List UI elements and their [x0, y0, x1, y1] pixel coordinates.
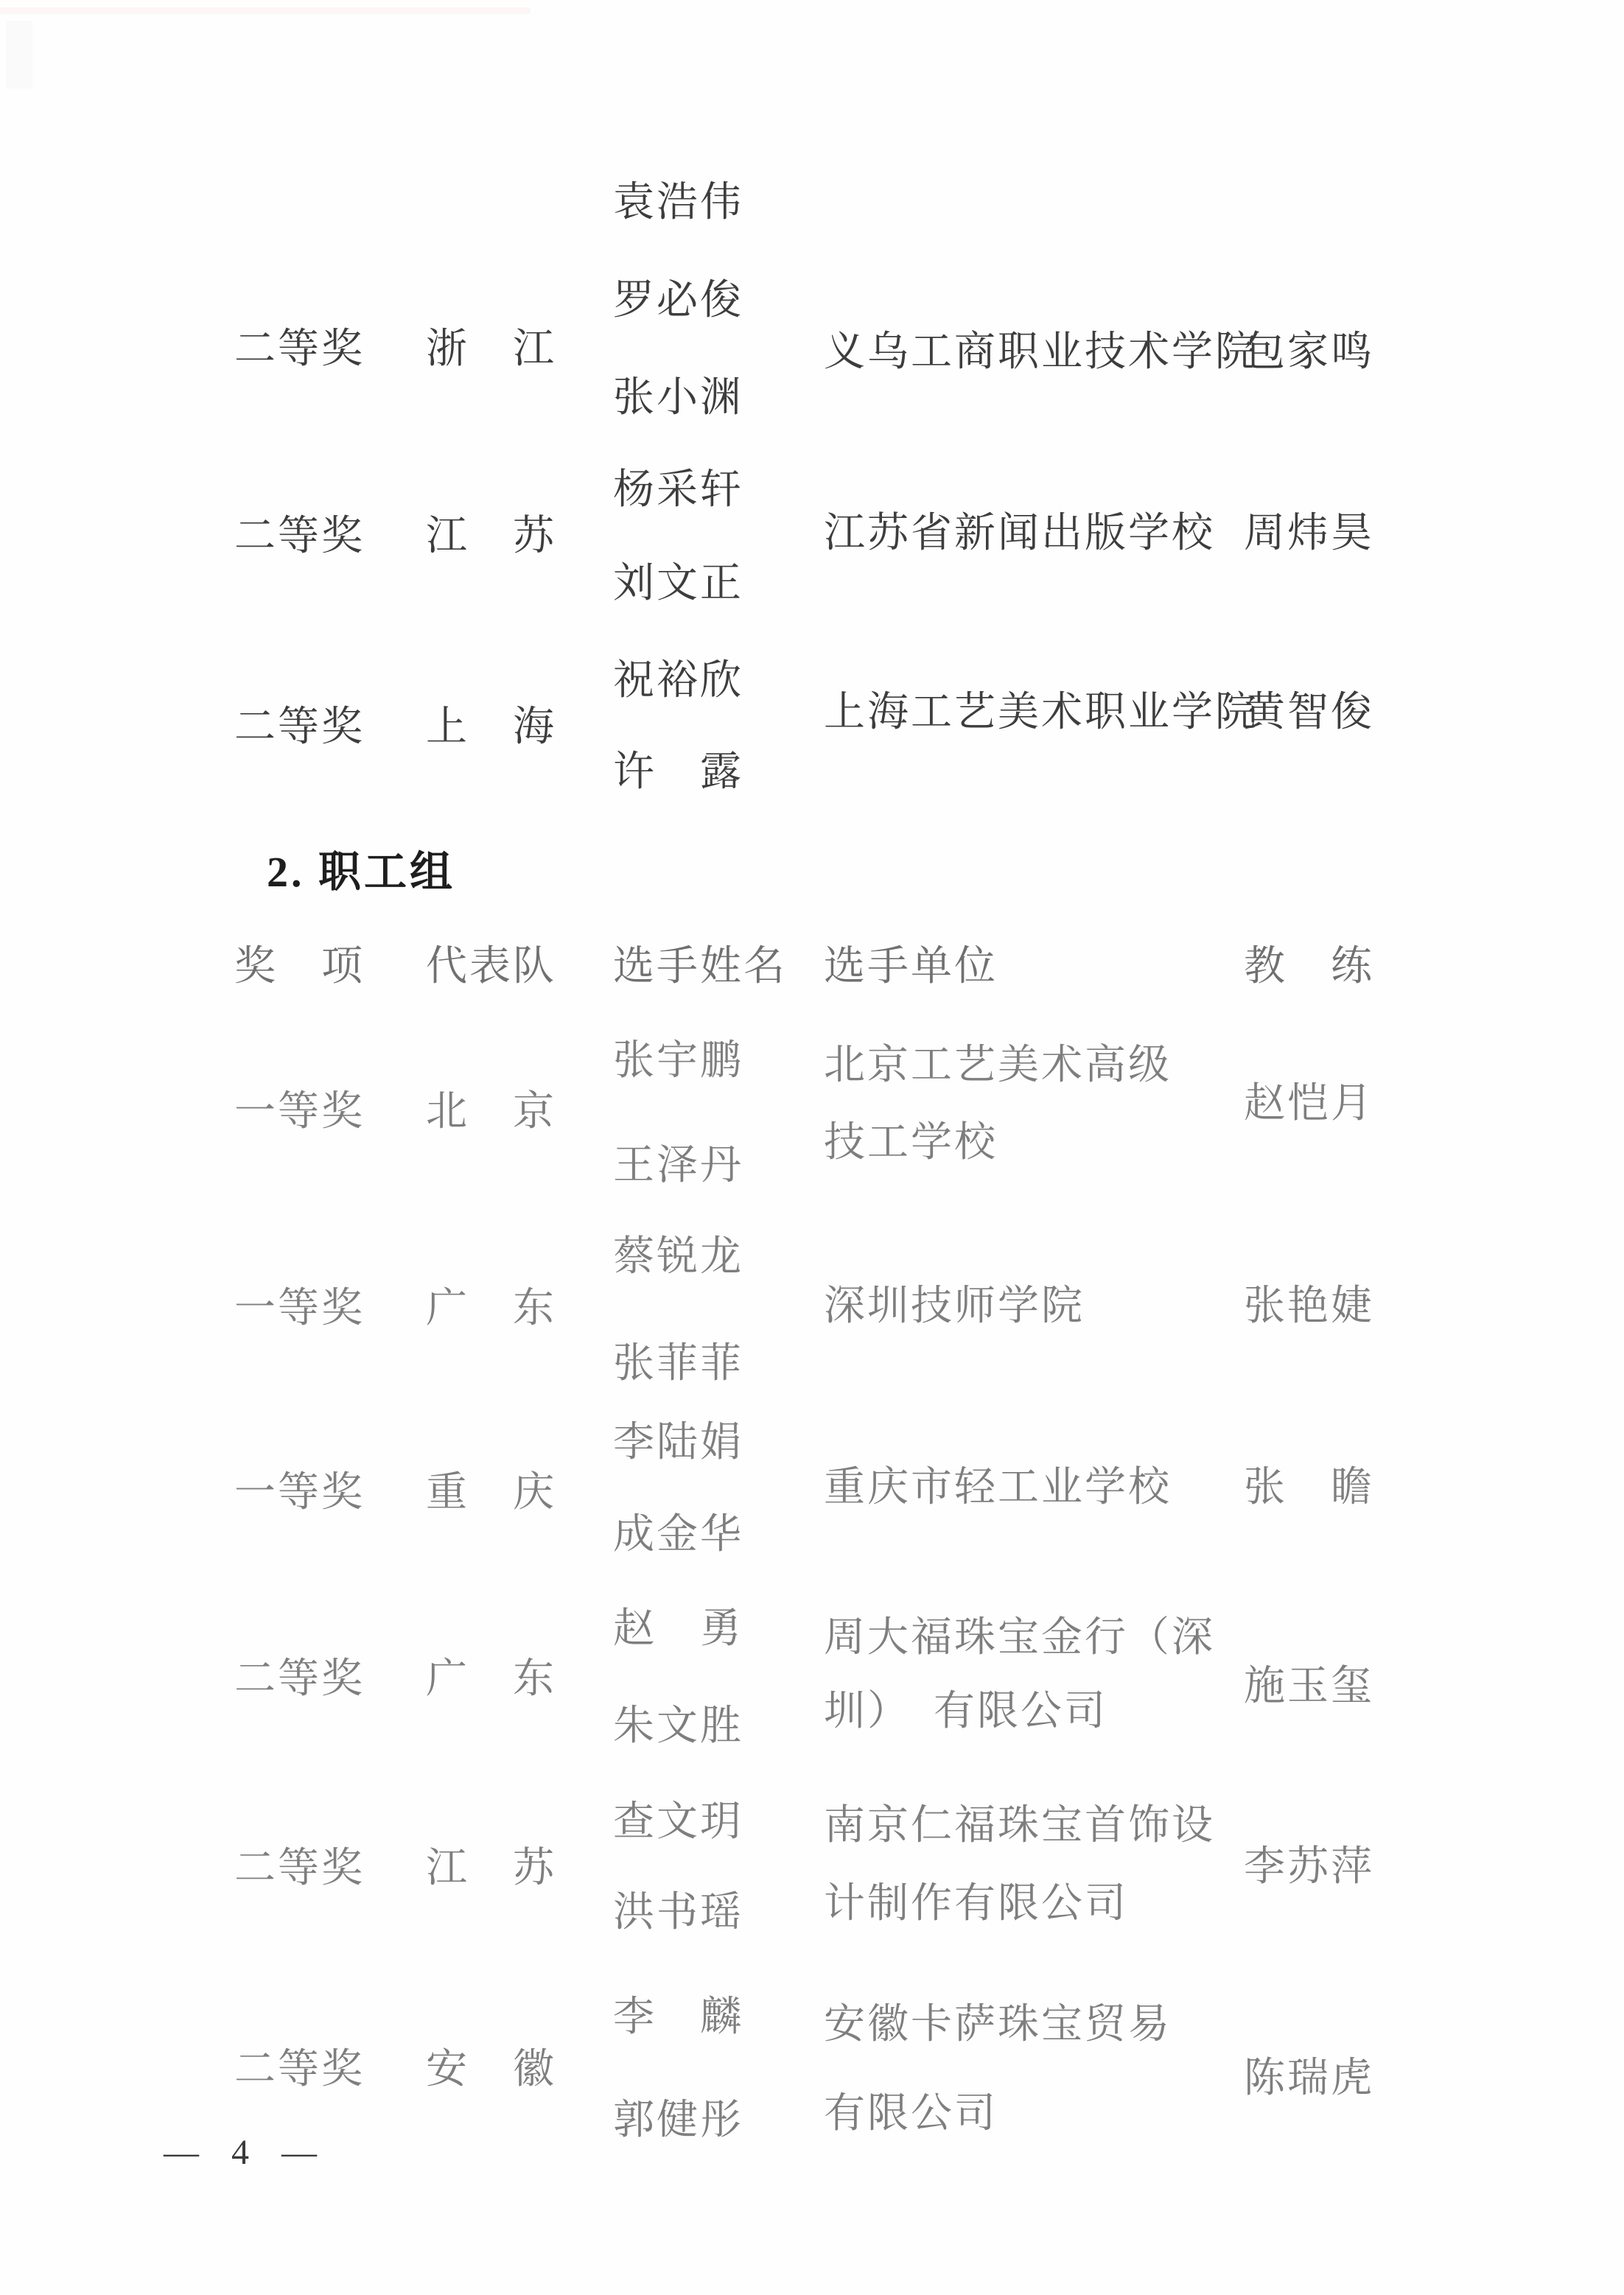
coach-cell: 施玉玺 [1244, 1663, 1374, 1710]
contestant-name-1: 罗必俊 [613, 277, 743, 324]
coach-cell: 张艳婕 [1244, 1283, 1374, 1330]
contestant-name-1: 蔡锐龙 [613, 1233, 743, 1280]
unit-line-1: 北京工艺美术高级 [824, 1042, 1236, 1089]
document-page: 袁浩伟 罗必俊 二等奖 浙 江 义乌工商职业技术学院 包家鸣 张小渊 杨采轩 二… [0, 0, 1624, 2295]
unit-line-1: 安徽卡萨珠宝贸易 [824, 2001, 1236, 2048]
section-heading: 2. 职工组 [267, 849, 455, 896]
team-cell: 浙 江 [426, 326, 556, 373]
unit-line-1: 重庆市轻工业学校 [824, 1464, 1236, 1511]
team-cell: 重 庆 [426, 1469, 556, 1516]
contestant-name-2: 郭健彤 [613, 2097, 743, 2144]
column-header-name: 选手姓名 [613, 943, 787, 990]
award-cell: 一等奖 [234, 1088, 365, 1135]
unit-line-1: 南京仁福珠宝首饰设 [824, 1802, 1236, 1849]
award-cell: 二等奖 [234, 1655, 365, 1703]
contestant-name-2: 张菲菲 [613, 1340, 743, 1387]
contestant-name-2: 刘文正 [613, 560, 743, 607]
coach-cell: 张 瞻 [1244, 1464, 1374, 1511]
contestant-name-2: 朱文胜 [613, 1703, 743, 1750]
award-cell: 一等奖 [234, 1285, 365, 1332]
unit-line-2: 圳） 有限公司 [824, 1688, 1236, 1735]
contestant-name-2: 许 露 [613, 749, 743, 796]
column-header-team: 代表队 [426, 943, 556, 990]
contestant-name-1: 李 麟 [613, 1994, 743, 2041]
page-number: — 4 — [164, 2129, 329, 2176]
coach-cell: 赵恺月 [1244, 1080, 1374, 1127]
award-cell: 二等奖 [234, 513, 365, 560]
team-cell: 广 东 [426, 1655, 556, 1703]
contestant-name-2: 王泽丹 [613, 1142, 743, 1189]
coach-cell: 周炜昊 [1244, 510, 1374, 557]
team-cell: 北 京 [426, 1088, 556, 1135]
contestant-name-1: 张宇鹏 [613, 1037, 743, 1085]
unit-line-1: 深圳技师学院 [824, 1283, 1236, 1330]
unit-line-2: 计制作有限公司 [824, 1880, 1236, 1927]
unit-line-1: 义乌工商职业技术学院 [824, 329, 1236, 376]
team-cell: 江 苏 [426, 1845, 556, 1892]
contestant-name-1: 祝裕欣 [613, 657, 743, 704]
award-cell: 二等奖 [234, 326, 365, 373]
team-cell: 安 徽 [426, 2046, 556, 2093]
contestant-name-1: 查文玥 [613, 1798, 743, 1846]
column-header-award: 奖 项 [234, 943, 365, 990]
award-cell: 二等奖 [234, 2046, 365, 2093]
contestant-name-1: 赵 勇 [613, 1605, 743, 1653]
unit-line-2: 有限公司 [824, 2090, 1236, 2137]
contestant-name-2: 张小渊 [613, 374, 743, 421]
contestant-name-1: 李陆娟 [613, 1419, 743, 1466]
team-cell: 上 海 [426, 704, 556, 751]
team-cell: 江 苏 [426, 513, 556, 560]
contestant-name-1: 杨采轩 [613, 466, 743, 514]
column-header-unit: 选手单位 [824, 943, 1236, 990]
coach-cell: 陈瑞虎 [1244, 2055, 1374, 2102]
scan-edge-artifact [6, 21, 32, 88]
scan-streak-artifact [0, 7, 531, 14]
team-cell: 广 东 [426, 1285, 556, 1332]
award-cell: 二等奖 [234, 1845, 365, 1892]
unit-line-1: 江苏省新闻出版学校 [824, 510, 1236, 557]
unit-line-1: 周大福珠宝金行（深 [824, 1614, 1236, 1661]
coach-cell: 李苏萍 [1244, 1843, 1374, 1891]
coach-cell: 黄智俊 [1244, 689, 1374, 736]
unit-line-2: 技工学校 [824, 1119, 1236, 1166]
contestant-name-2: 洪书瑶 [613, 1889, 743, 1936]
unit-line-1: 上海工艺美术职业学院 [824, 689, 1236, 736]
column-header-coach: 教 练 [1244, 943, 1374, 990]
coach-cell: 包家鸣 [1244, 329, 1374, 376]
award-cell: 二等奖 [234, 704, 365, 751]
contestant-name-2: 成金华 [613, 1511, 743, 1558]
carryover-contestant-name: 袁浩伟 [613, 179, 743, 226]
award-cell: 一等奖 [234, 1469, 365, 1516]
